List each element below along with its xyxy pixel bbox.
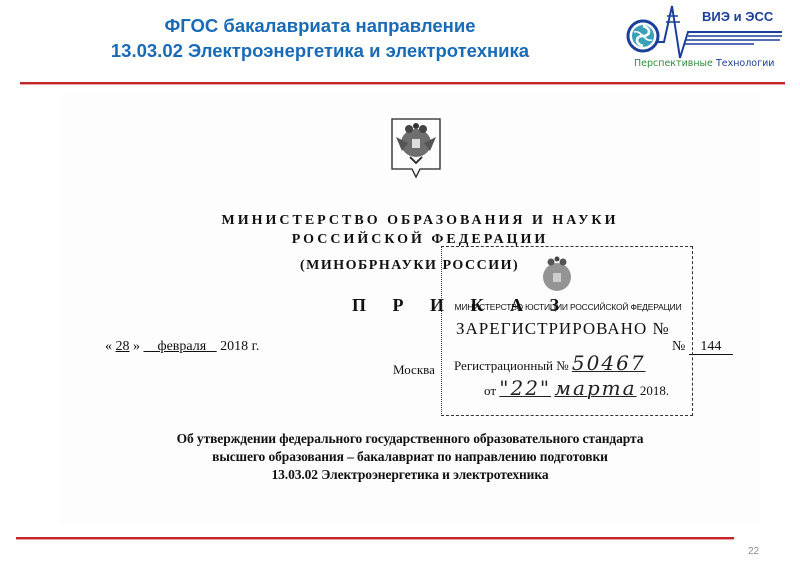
logo: ВИЭ и ЭСС Перспективные Технологии	[614, 2, 794, 76]
order-subject: Об утверждении федерального государствен…	[90, 430, 730, 484]
tagline-part-1: Перспективные	[634, 58, 713, 69]
stamp-date-year: 2018.	[640, 383, 669, 398]
logo-tagline: Перспективные Технологии	[634, 58, 774, 69]
logo-name: ВИЭ и ЭСС	[702, 9, 773, 24]
stamp-organization: МИНИСТЕРСТВО ЮСТИЦИИ РОССИЙСКОЙ ФЕДЕРАЦИ…	[448, 302, 688, 312]
title-line-1: ФГОС бакалавриата направление	[40, 13, 600, 38]
date-open-quote: «	[105, 339, 112, 354]
stamp-date-day: "22"	[499, 376, 551, 400]
stamp-date: от "22" марта 2018.	[484, 376, 669, 400]
reg-label: Регистрационный №	[454, 358, 569, 373]
reg-number: 50467	[572, 351, 646, 375]
ministry-name: МИНИСТЕРСТВО ОБРАЗОВАНИЯ И НАУКИ РОССИЙС…	[180, 211, 660, 249]
stamp-emblem-icon	[537, 253, 577, 297]
city: Москва	[393, 362, 435, 378]
registered-number-sign: №	[652, 319, 669, 338]
bottom-divider	[16, 537, 734, 539]
title-line-2: 13.03.02 Электроэнергетика и электротехн…	[40, 38, 600, 63]
subject-line-3: 13.03.02 Электроэнергетика и электротехн…	[90, 466, 730, 484]
top-divider	[20, 82, 785, 84]
order-number-value: 144	[689, 339, 733, 355]
subject-line-2: высшего образования – бакалавриат по нап…	[90, 448, 730, 466]
registered-label: ЗАРЕГИСТРИРОВАНО	[456, 319, 647, 338]
slide-title: ФГОС бакалавриата направление 13.03.02 Э…	[40, 13, 600, 63]
stamp-registered: ЗАРЕГИСТРИРОВАНО №	[456, 319, 670, 339]
stamp-registration-number: Регистрационный № 50467	[454, 351, 646, 375]
date-year: 2018 г.	[220, 339, 259, 354]
stamp-date-month: марта	[554, 376, 636, 400]
date-month: февраля	[158, 339, 207, 354]
russian-coat-of-arms-icon	[390, 117, 442, 181]
scanned-order-document: МИНИСТЕРСТВО ОБРАЗОВАНИЯ И НАУКИ РОССИЙС…	[60, 95, 760, 525]
order-date: « 28 » февраля 2018 г.	[105, 339, 259, 355]
date-close-quote: »	[133, 339, 140, 354]
date-day: 28	[116, 339, 130, 354]
page-number: 22	[748, 546, 759, 557]
ministry-line-1: МИНИСТЕРСТВО ОБРАЗОВАНИЯ И НАУКИ	[180, 211, 660, 230]
subject-line-1: Об утверждении федерального государствен…	[90, 430, 730, 448]
stamp-date-prefix: от	[484, 383, 496, 398]
registration-stamp: МИНИСТЕРСТВО ЮСТИЦИИ РОССИЙСКОЙ ФЕДЕРАЦИ…	[441, 246, 693, 416]
tagline-part-2: Технологии	[716, 58, 775, 69]
